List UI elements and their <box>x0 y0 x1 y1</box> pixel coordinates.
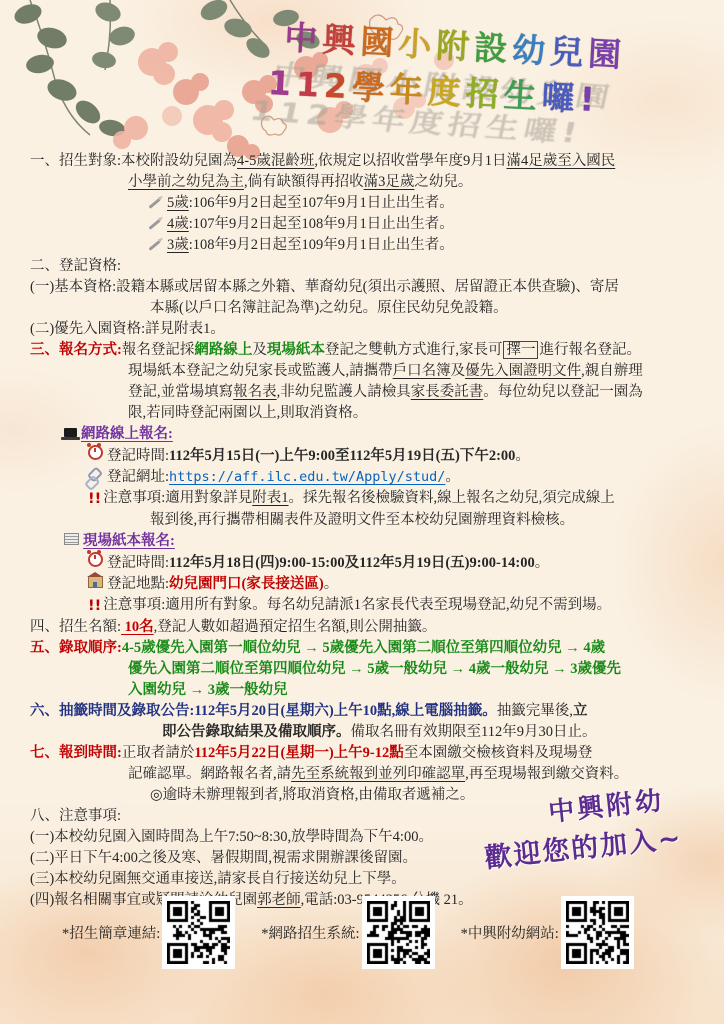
footer-qr-row: *招生簡章連結:*網路招生系統:*中興附幼網站: <box>62 896 712 969</box>
qr-code-online-registration <box>362 896 435 969</box>
text-run: 小 <box>397 24 437 65</box>
warn-icon <box>88 489 101 510</box>
text-run: 現場紙本報名: <box>83 533 175 549</box>
text-run: 興 <box>321 20 361 61</box>
text-run: 學 <box>351 67 391 108</box>
text-run: 五、錄取順序: <box>30 640 122 656</box>
doc-line: 4歲:107年9月2日起至108年9月1日止出生者。 <box>0 214 724 235</box>
text-run: ,依規定以招收當學年度9月1日 <box>314 153 506 169</box>
text-run: 年 <box>389 69 429 110</box>
qr-item: *網路招生系統: <box>261 896 434 969</box>
doc-line: 入園幼兒 → 3歲一般幼兒 <box>0 680 724 701</box>
text-run: 生 <box>503 75 543 116</box>
text-run: 抽籤完畢後, <box>497 703 573 719</box>
doc-line: 五、錄取順序:4-5歲優先入園第一順位幼兒 → 5歲優先入園第二順位至第四順位幼… <box>0 638 724 659</box>
text-run: ,非幼兒監護人請檢具 <box>277 384 411 400</box>
doc-line: 三、報名方式:報名登記採網路線上及現場紙本登記之雙軌方式進行,家長可擇一進行報名… <box>0 340 724 361</box>
doc-line: 網路線上報名: <box>0 424 724 445</box>
text-run: 網路線上 <box>194 342 252 358</box>
text-run: 登記之雙軌方式進行,家長可 <box>325 342 503 358</box>
pencil-icon <box>149 219 161 230</box>
doc-line: 六、抽籤時間及錄取公告:112年5月20日(星期六)上午10點,線上電腦抽籤。抽… <box>0 701 724 722</box>
text-run: 度 <box>427 71 467 112</box>
text-run: 報名登記採 <box>122 342 195 358</box>
text-run: 記確認單。網路報名者,請 <box>128 766 291 782</box>
text-run: 112年5月22日(星期一)上午9-12點 <box>194 745 403 761</box>
text-run: ,親自辦理 <box>581 363 643 379</box>
text-run: (二)優先入園資格:詳見附表1。 <box>30 321 225 337</box>
text-run: ,登記人數如超過預定招生名額,則公開抽籤。 <box>154 619 437 635</box>
text-run: ◎逾時未辦理報到者,將取消資格,由備取者遞補之。 <box>150 787 474 803</box>
pencil-icon <box>149 198 161 209</box>
text-run: 112年5月18日(四)9:00-15:00及112年5月19日(五)9:00-… <box>169 555 535 571</box>
text-run: (二)平日下午4:00之後及寒、暑假期間,視需求開辦課後留園。 <box>30 850 417 866</box>
doc-line: 注意事項:適用所有對象。每名幼兒請派1名家長代表至現場登記,幼兒不需到場。 <box>0 595 724 617</box>
doc-line: 登記時間:112年5月15日(一)上午9:00至112年5月19日(五)下午2:… <box>0 445 724 467</box>
text-run: 六、抽籤時間及錄取公告: <box>30 703 194 719</box>
text-run: 2 <box>323 66 353 106</box>
text-run: 先至系統報到並列印確認單 <box>291 766 465 782</box>
text-run: 小學前之幼兒為主 <box>128 174 244 190</box>
text-run: 。每位幼兒以登記一園為 <box>483 384 643 400</box>
text-run: 登記,並當場填寫 <box>128 384 233 400</box>
text-run: ,倘有缺額得再招收 <box>244 174 364 190</box>
doc-line: (一)基本資格:設籍本縣或居留本縣之外籍、華裔幼兒(須出示護照、居留證正本供查驗… <box>0 277 724 298</box>
text-run: 設 <box>473 28 513 69</box>
doc-line: 3歲:108年9月2日起至109年9月1日止出生者。 <box>0 235 724 256</box>
text-run: 112年5月15日(一)上午9:00至112年5月19日(五)下午2:00 <box>169 448 515 464</box>
text-run: 。 <box>445 469 460 485</box>
text-run[interactable]: https://aff.ilc.edu.tw/Apply/stud/ <box>169 469 445 485</box>
doc-line: 現場紙本報名: <box>0 531 724 552</box>
link-icon <box>87 466 103 482</box>
text-run: 限,若同時登記兩園以上,則取消資格。 <box>128 405 367 421</box>
text-run: 家長委託書 <box>411 384 484 400</box>
doc-line: 登記時間:112年5月18日(四)9:00-15:00及112年5月19日(五)… <box>0 552 724 574</box>
text-run: 4歲 <box>167 216 189 232</box>
doc-line: 登記,並當場填寫報名表,非幼兒監護人請檢具家長委託書。每位幼兒以登記一園為 <box>0 382 724 403</box>
clock-icon <box>88 445 103 460</box>
text-run: 登記時間: <box>107 448 169 464</box>
doc-line: 即公告錄取結果及備取順序。備取名冊有效期限至112年9月30日止。 <box>0 722 724 743</box>
text-run: 正取者請於 <box>122 745 195 761</box>
qr-label: *中興附幼網站: <box>461 922 559 943</box>
qr-code-kindergarten-website <box>561 896 634 969</box>
text-run: 附 <box>435 26 475 67</box>
doc-line: 報到後,再行攜帶相關表件及證明文件至本校幼兒園辦理資料檢核。 <box>0 510 724 531</box>
doc-line: 四、招生名額: 10名,登記人數如超過預定招生名額,則公開抽籤。 <box>0 617 724 638</box>
text-run: 四、招生名額: <box>30 619 121 635</box>
poster-page: 中興國小附設幼兒園 112學年度招生囉! 中興國小附設幼兒園 112學年度招生囉… <box>0 0 724 1024</box>
text-run: 1 <box>267 63 297 103</box>
text-run: 國 <box>359 22 399 63</box>
text-run: 三、報名方式: <box>30 342 122 358</box>
text-run: 5歲 <box>167 195 189 211</box>
text-run: 網路線上報名: <box>81 426 173 442</box>
text-run: 登記地點: <box>107 576 169 592</box>
text-run: 4-5歲優先入園第一順位幼兒 → 5歲優先入園第二順位至第四順位幼兒 → 4歲 <box>122 640 605 656</box>
text-run: 。 <box>324 576 339 592</box>
text-run: 兒 <box>549 32 589 73</box>
text-run: 登記時間: <box>107 555 169 571</box>
text-run: 入園幼兒 → 3歲一般幼兒 <box>128 682 288 698</box>
text-run: 3歲 <box>167 237 189 253</box>
paper-icon <box>64 533 79 545</box>
text-run: 幼 <box>511 30 551 71</box>
doc-line: (二)優先入園資格:詳見附表1。 <box>0 319 724 340</box>
text-run: 1 <box>295 64 325 104</box>
text-run: 現場紙本登記之幼兒家長或監護人,請攜帶 <box>128 363 393 379</box>
doc-line: 注意事項:適用對象詳見附表1。採先報名後檢驗資料,線上報名之幼兒,須完成線上 <box>0 488 724 510</box>
qr-item: *中興附幼網站: <box>461 896 634 969</box>
text-run: 七、報到時間: <box>30 745 122 761</box>
text-run: 之幼兒。 <box>414 174 472 190</box>
doc-line: 登記網址:https://aff.ilc.edu.tw/Apply/stud/。 <box>0 467 724 488</box>
doc-line: 限,若同時登記兩園以上,則取消資格。 <box>0 403 724 424</box>
text-run: 優先入園第二順位至第四順位幼兒 → 5歲一般幼兒 → 4歲一般幼兒 → 3歲優先 <box>128 661 621 677</box>
text-run: 登記網址: <box>107 469 169 485</box>
text-run: 至本園繳交檢核資料及現場登 <box>404 745 593 761</box>
text-run: ! <box>579 79 601 119</box>
text-run: (一)基本資格:設籍本縣或居留本縣之外籍、華裔幼兒(須出示護照、居留證正本供查驗… <box>30 279 619 295</box>
text-run: 附表1 <box>252 490 288 506</box>
text-run: 八、注意事項: <box>30 808 121 824</box>
qr-item: *招生簡章連結: <box>62 896 235 969</box>
text-run: 囉 <box>541 77 581 118</box>
text-run: 10名 <box>121 619 154 635</box>
text-run: :107年9月2日起至108年9月1日止出生者。 <box>189 216 454 232</box>
text-run: 即公告錄取結果及備取順序。 <box>162 724 351 740</box>
text-run: 注意事項:適用所有對象。每名幼兒請派1名家長代表至現場登記,幼兒不需到場。 <box>103 597 611 613</box>
text-run: 本縣(以戶口名簿註記為準)之幼兒。原住民幼兒免設籍。 <box>150 300 508 316</box>
doc-line: 記確認單。網路報名者,請先至系統報到並列印確認單,再至現場報到繳交資料。 <box>0 764 724 785</box>
text-run: 。採先報名後檢驗資料,線上報名之幼兒,須完成線上 <box>289 490 615 506</box>
text-run: 報到後,再行攜帶相關表件及證明文件至本校幼兒園辦理資料檢核。 <box>150 512 574 528</box>
qr-label: *網路招生系統: <box>261 922 359 943</box>
text-run: 擇一 <box>503 341 538 359</box>
text-run: 。 <box>535 555 550 571</box>
text-run: :106年9月2日起至107年9月1日止出生者。 <box>189 195 454 211</box>
text-run: 戶口名簿 <box>393 363 451 379</box>
pencil-icon <box>149 240 161 251</box>
text-run: 。 <box>515 448 530 464</box>
warn-icon <box>88 596 101 617</box>
doc-line: 現場紙本登記之幼兒家長或監護人,請攜帶戶口名簿及優先入園證明文件,親自辦理 <box>0 361 724 382</box>
text-run: 園 <box>587 34 627 75</box>
text-run: 及 <box>252 342 267 358</box>
text-run: 進行報名登記。 <box>539 342 641 358</box>
text-run: (三)本校幼兒園無交通車接送,請家長自行接送幼兒上下學。 <box>30 871 406 887</box>
doc-line: 優先入園第二順位至第四順位幼兒 → 5歲一般幼兒 → 4歲一般幼兒 → 3歲優先 <box>0 659 724 680</box>
clock-icon <box>88 552 103 567</box>
text-run: 滿3足歲 <box>364 174 415 190</box>
doc-line: 小學前之幼兒為主,倘有缺額得再招收滿3足歲之幼兒。 <box>0 172 724 193</box>
text-run: ,再至現場報到繳交資料。 <box>465 766 628 782</box>
doc-line: 登記地點:幼兒園門口(家長接送區)。 <box>0 574 724 595</box>
text-run: 立 <box>573 703 588 719</box>
doc-line: 一、招生對象:本校附設幼兒園為4-5歲混齡班,依規定以招收當學年度9月1日滿4足… <box>0 151 724 172</box>
doc-line: 本縣(以戶口名簿註記為準)之幼兒。原住民幼兒免設籍。 <box>0 298 724 319</box>
laptop-icon <box>64 428 77 437</box>
text-run: 112年5月20日(星期六)上午10點,線上電腦抽籤。 <box>194 703 496 719</box>
text-run: 注意事項:適用對象詳見 <box>103 490 252 506</box>
text-run: 現場紙本 <box>267 342 325 358</box>
doc-line: 5歲:106年9月2日起至107年9月1日止出生者。 <box>0 193 724 214</box>
text-run: 及 <box>451 363 466 379</box>
text-run: 備取名冊有效期限至112年9月30日止。 <box>351 724 597 740</box>
text-run: 二、登記資格: <box>30 258 121 274</box>
text-run: 滿4足歲至入國民 <box>507 153 616 169</box>
text-run: 4-5歲混齡班 <box>237 153 314 169</box>
text-run: 報名表 <box>233 384 277 400</box>
qr-code-admission-brochure <box>162 896 235 969</box>
text-run: 幼兒園門口(家長接送區) <box>169 576 324 592</box>
text-run: 中 <box>284 18 324 59</box>
text-run: 優先入園證明文件 <box>465 363 581 379</box>
text-run: :108年9月2日起至109年9月1日止出生者。 <box>189 237 454 253</box>
doc-line: (三)本校幼兒園無交通車接送,請家長自行接送幼兒上下學。 <box>0 869 724 890</box>
qr-label: *招生簡章連結: <box>62 922 160 943</box>
doc-line: 七、報到時間:正取者請於112年5月22日(星期一)上午9-12點至本園繳交檢核… <box>0 743 724 764</box>
doc-line: 二、登記資格: <box>0 256 724 277</box>
text-run: (一)本校幼兒園入園時間為上午7:50~8:30,放學時間為下午4:00。 <box>30 829 433 845</box>
school-icon <box>88 576 103 588</box>
text-run: 招 <box>465 73 505 114</box>
text-run: 一、招生對象:本校附設幼兒園為 <box>30 153 237 169</box>
